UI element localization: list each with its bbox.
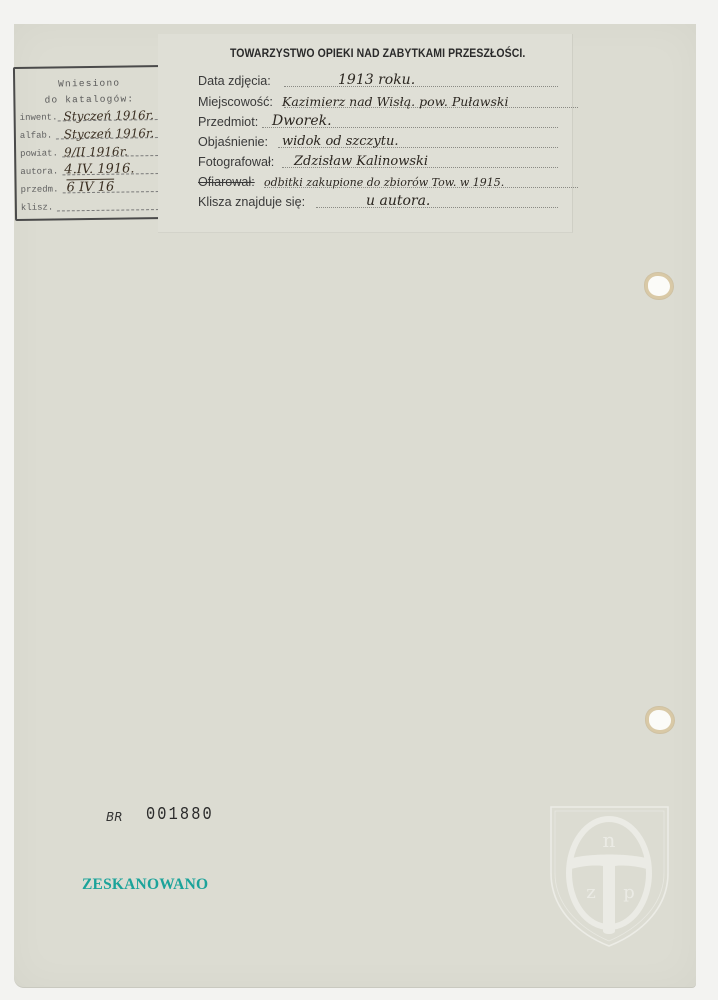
svg-text:n: n — [603, 828, 616, 852]
photo-label-card: TOWARZYSTWO OPIEKI NAD ZABYTKAMI PRZESZŁ… — [158, 34, 573, 233]
field-label: Objaśnienie: — [198, 135, 268, 149]
field-label: Klisza znajduje się: — [198, 195, 305, 209]
field-label: Miejscowość: — [198, 95, 273, 109]
catalogue-stamp: Wniesiono do katalogów: inwent. Styczeń … — [13, 65, 167, 221]
dotted-line — [284, 86, 558, 87]
field-photographer: Fotografował: Zdzisław Kalinowski — [198, 151, 558, 171]
inventory-prefix: BR — [106, 810, 123, 824]
stamp-row-powiat: powiat. 9/II 1916r. — [20, 141, 158, 160]
svg-text:p: p — [623, 882, 635, 903]
dotted-line — [316, 207, 558, 208]
punch-hole-bottom — [649, 710, 671, 730]
field-label: Przedmiot: — [198, 115, 258, 129]
stamp-value: Styczeń 1916r. — [64, 126, 154, 141]
inventory-number: 001880 — [146, 805, 214, 825]
stamp-row-alfab: alfab. Styczeń 1916r. — [20, 123, 158, 142]
field-label: Fotografował: — [198, 155, 274, 169]
scanned-stamp: ZESKANOWANO — [82, 876, 208, 894]
stamp-key: autora. — [20, 166, 58, 177]
shield-watermark-icon: n z p — [547, 803, 672, 948]
field-subject: Przedmiot: Dworek. — [198, 111, 558, 131]
field-description: Objaśnienie: widok od szczytu. — [198, 131, 558, 151]
field-value: odbitki zakupione do zbiorów Tow. w 1915… — [264, 176, 504, 189]
stamp-subtitle: do katalogów: — [15, 93, 163, 106]
stamp-value: 9/II 1916r. — [64, 144, 128, 159]
field-location: Miejscowość: Kazimierz nad Wisłą. pow. P… — [198, 91, 578, 111]
stamp-row-autora: autora. 4.IV. 1916. — [20, 159, 158, 178]
field-negative-location: Klisza znajduje się: u autora. — [198, 191, 558, 211]
stamp-key: klisz. — [21, 203, 54, 213]
stamp-row-przedm: przedm. 6 IV 16 — [20, 177, 158, 196]
field-label: Data zdjęcia: — [198, 74, 271, 88]
stamp-key: alfab. — [20, 131, 53, 141]
svg-text:z: z — [586, 882, 595, 903]
stamp-value: 6 IV 16 — [67, 180, 115, 196]
stamp-title: Wniesiono — [15, 77, 163, 90]
stamp-key: powiat. — [20, 148, 58, 159]
stamp-key: inwent. — [20, 112, 58, 123]
stamp-row-inwent: inwent. Styczeń 1916r. — [19, 105, 157, 124]
field-photo-date: Data zdjęcia: 1913 roku. — [198, 70, 558, 90]
field-value: Kazimierz nad Wisłą. pow. Puławski — [282, 94, 508, 109]
field-value: Zdzisław Kalinowski — [294, 154, 428, 169]
field-label: Ofiarował: — [198, 175, 255, 189]
field-value: 1913 roku. — [338, 72, 415, 88]
organization-title: TOWARZYSTWO OPIEKI NAD ZABYTKAMI PRZESZŁ… — [230, 46, 525, 60]
field-value: Dworek. — [272, 113, 332, 129]
stamp-value: 4.IV. 1916. — [64, 161, 134, 177]
stamp-key: przedm. — [21, 184, 59, 195]
stamp-dots — [57, 209, 159, 211]
field-donated: Ofiarował: odbitki zakupione do zbiorów … — [198, 171, 578, 191]
stamp-row-klisz: klisz. — [21, 195, 159, 214]
field-value: u autora. — [366, 193, 430, 209]
stamp-value: Styczeń 1916r. — [64, 108, 154, 123]
punch-hole-top — [648, 276, 670, 296]
field-value: widok od szczytu. — [282, 134, 398, 149]
